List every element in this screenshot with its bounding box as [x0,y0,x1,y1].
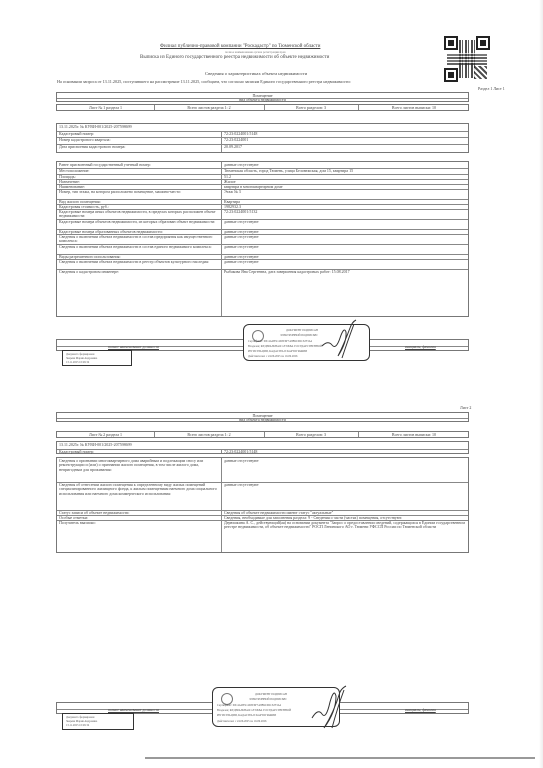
row-label: Сведения о включении объекта недвижимост… [59,245,219,250]
row-label: Местоположение: [59,169,219,174]
row-value: Дерюшкина А. С., действующий(ая) на осно… [224,521,466,530]
row-value: данные отсутствуют [224,459,466,464]
row-label: Кадастровый номер: [59,450,219,455]
section-sheets-total: Всего листов раздела 1: 2 [154,106,264,111]
sheet-number: Лист № 2 раздела 1 [57,433,154,438]
row-label: Кадастровые номера объектов недвижимости… [59,220,219,225]
row-value: данные отсутствуют [224,483,466,488]
row-value: данные отсутствуют [224,260,466,265]
extract-sheets-total: Всего листов выписки: 10 [358,106,470,111]
row-value: данные отсутствуют [224,245,466,250]
name-caption: инициалы, фамилия [405,708,436,713]
row-value: данные отсутствуют [224,235,466,240]
row-value: Рыбакова Яна Сергеевна, дата завершения … [224,270,466,275]
handwritten-signature-icon [308,684,348,732]
sheet-label: Лист 2 [460,405,471,410]
row-label: Кадастровые номера иных объектов недвижи… [59,210,219,219]
sheet-number: Лист № 1 раздела 1 [57,106,154,111]
row-value: Тюменская область, город Тюмень, улица Б… [224,169,466,174]
section-sheets-total: Всего листов раздела 1: 2 [154,433,264,438]
document-subtitle: Сведения о характеристиках объекта недви… [205,71,307,76]
section-label: Раздел 1 Лист 1 [478,86,505,91]
authority-name: Филиал публично-правовой компании "Роска… [160,44,320,49]
sections-total: Всего разделов: 3 [264,433,358,438]
position-caption: полное наименование должности [108,708,159,713]
row-label: Дата присвоения кадастрового номера: [59,145,219,150]
object-type-box-2: Помещение вид объекта недвижимости [56,412,469,422]
row-value: 72:23:0224001:5132 [224,210,466,215]
row-value: данные отсутствуют [224,163,466,168]
main-info-table-2: 13.11.2025г. № КУВИ-001/2025-207598699 К… [56,441,469,454]
scan-edge-shadow [539,0,543,768]
row-value: 72:23:0224001:5148 [224,132,464,137]
sheet-info-box: Лист № 1 раздела 1 Всего листов раздела … [56,104,469,111]
extract-sheets-total: Всего листов выписки: 10 [358,433,470,438]
details-table-2: Сведения о признании многоквартирного до… [56,457,469,553]
name-caption: инициалы, фамилия [405,345,436,350]
position-caption: полное наименование должности [108,345,159,350]
row-value: данные отсутствуют [224,220,466,225]
row-label: Получатель выписки: [59,521,219,526]
row-value: Этаж № 3 [224,190,466,195]
object-type-box: Помещение вид объекта недвижимости [56,92,469,102]
page-bottom-edge [145,757,535,759]
row-label: Сведения о включении объекта недвижимост… [59,260,219,265]
intro-text: На основании запроса от 13.11.2025, пост… [57,79,351,84]
row-value: 72:23:0224001:5148 [224,450,464,455]
signer-box: Документ сформирован Зверева Мария Андре… [62,350,132,366]
sheet-info-box-2: Лист № 2 раздела 1 Всего листов раздела … [56,431,469,438]
qr-code-icon [444,36,490,82]
document-number: 13.11.2025г. № КУВИ-001/2025-207598699 [59,125,132,130]
row-label: Сведения о кадастровом инженере: [59,270,219,275]
row-value: 72:23:0224001 [224,138,464,143]
row-label: Номер кадастрового квартала: [59,138,219,143]
details-table: Ранее присвоенный государственный учетны… [56,161,469,317]
row-value: 20.09.2017 [224,145,464,150]
object-type-caption: вид объекта недвижимости [57,98,468,103]
main-info-table: 13.11.2025г. № КУВИ-001/2025-207598699 К… [56,123,469,153]
row-label: Сведения о признании многоквартирного до… [59,459,219,473]
object-type-caption: вид объекта недвижимости [57,418,468,423]
handwritten-signature-icon [320,318,360,363]
signer-box-2: Документ сформирован Зверева Мария Андре… [62,713,134,730]
row-label: Сведения о включении объекта недвижимост… [59,235,219,244]
row-label: Ранее присвоенный государственный учетны… [59,163,219,168]
row-label: Номер, тип этажа, на котором расположено… [59,190,219,195]
row-label: Сведения об отнесении жилого помещения к… [59,483,219,497]
sections-total: Всего разделов: 3 [264,106,358,111]
document-number: 13.11.2025г. № КУВИ-001/2025-207598699 [59,443,132,448]
row-label: Кадастровый номер: [59,132,219,137]
document-title: Выписка из Единого государственного реес… [140,55,329,60]
